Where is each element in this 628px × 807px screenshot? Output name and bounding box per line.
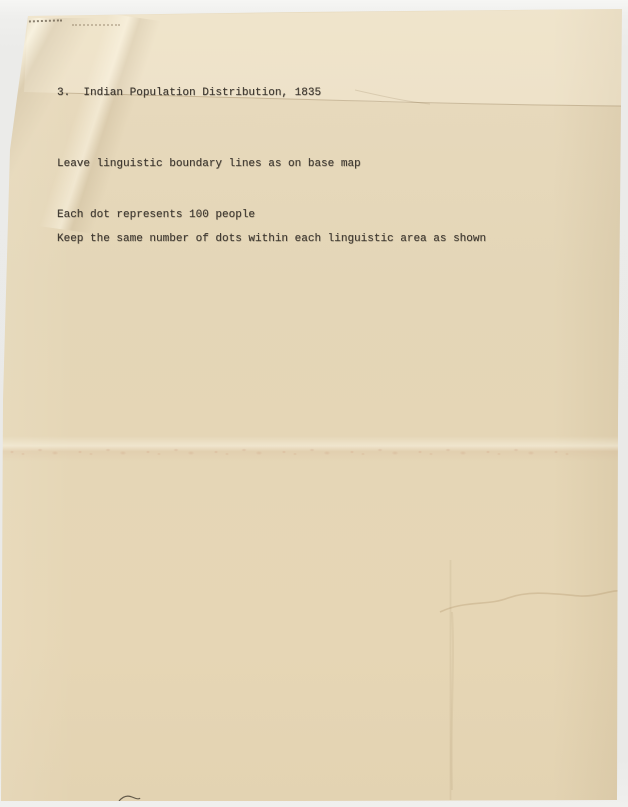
scanner-background: 3. Indian Population Distribution, 1835 … — [0, 0, 628, 807]
vertical-crease — [449, 560, 452, 800]
document-page: 3. Indian Population Distribution, 1835 … — [0, 0, 628, 807]
water-stain-line — [0, 0, 628, 807]
bottom-ink-mark — [116, 792, 142, 804]
